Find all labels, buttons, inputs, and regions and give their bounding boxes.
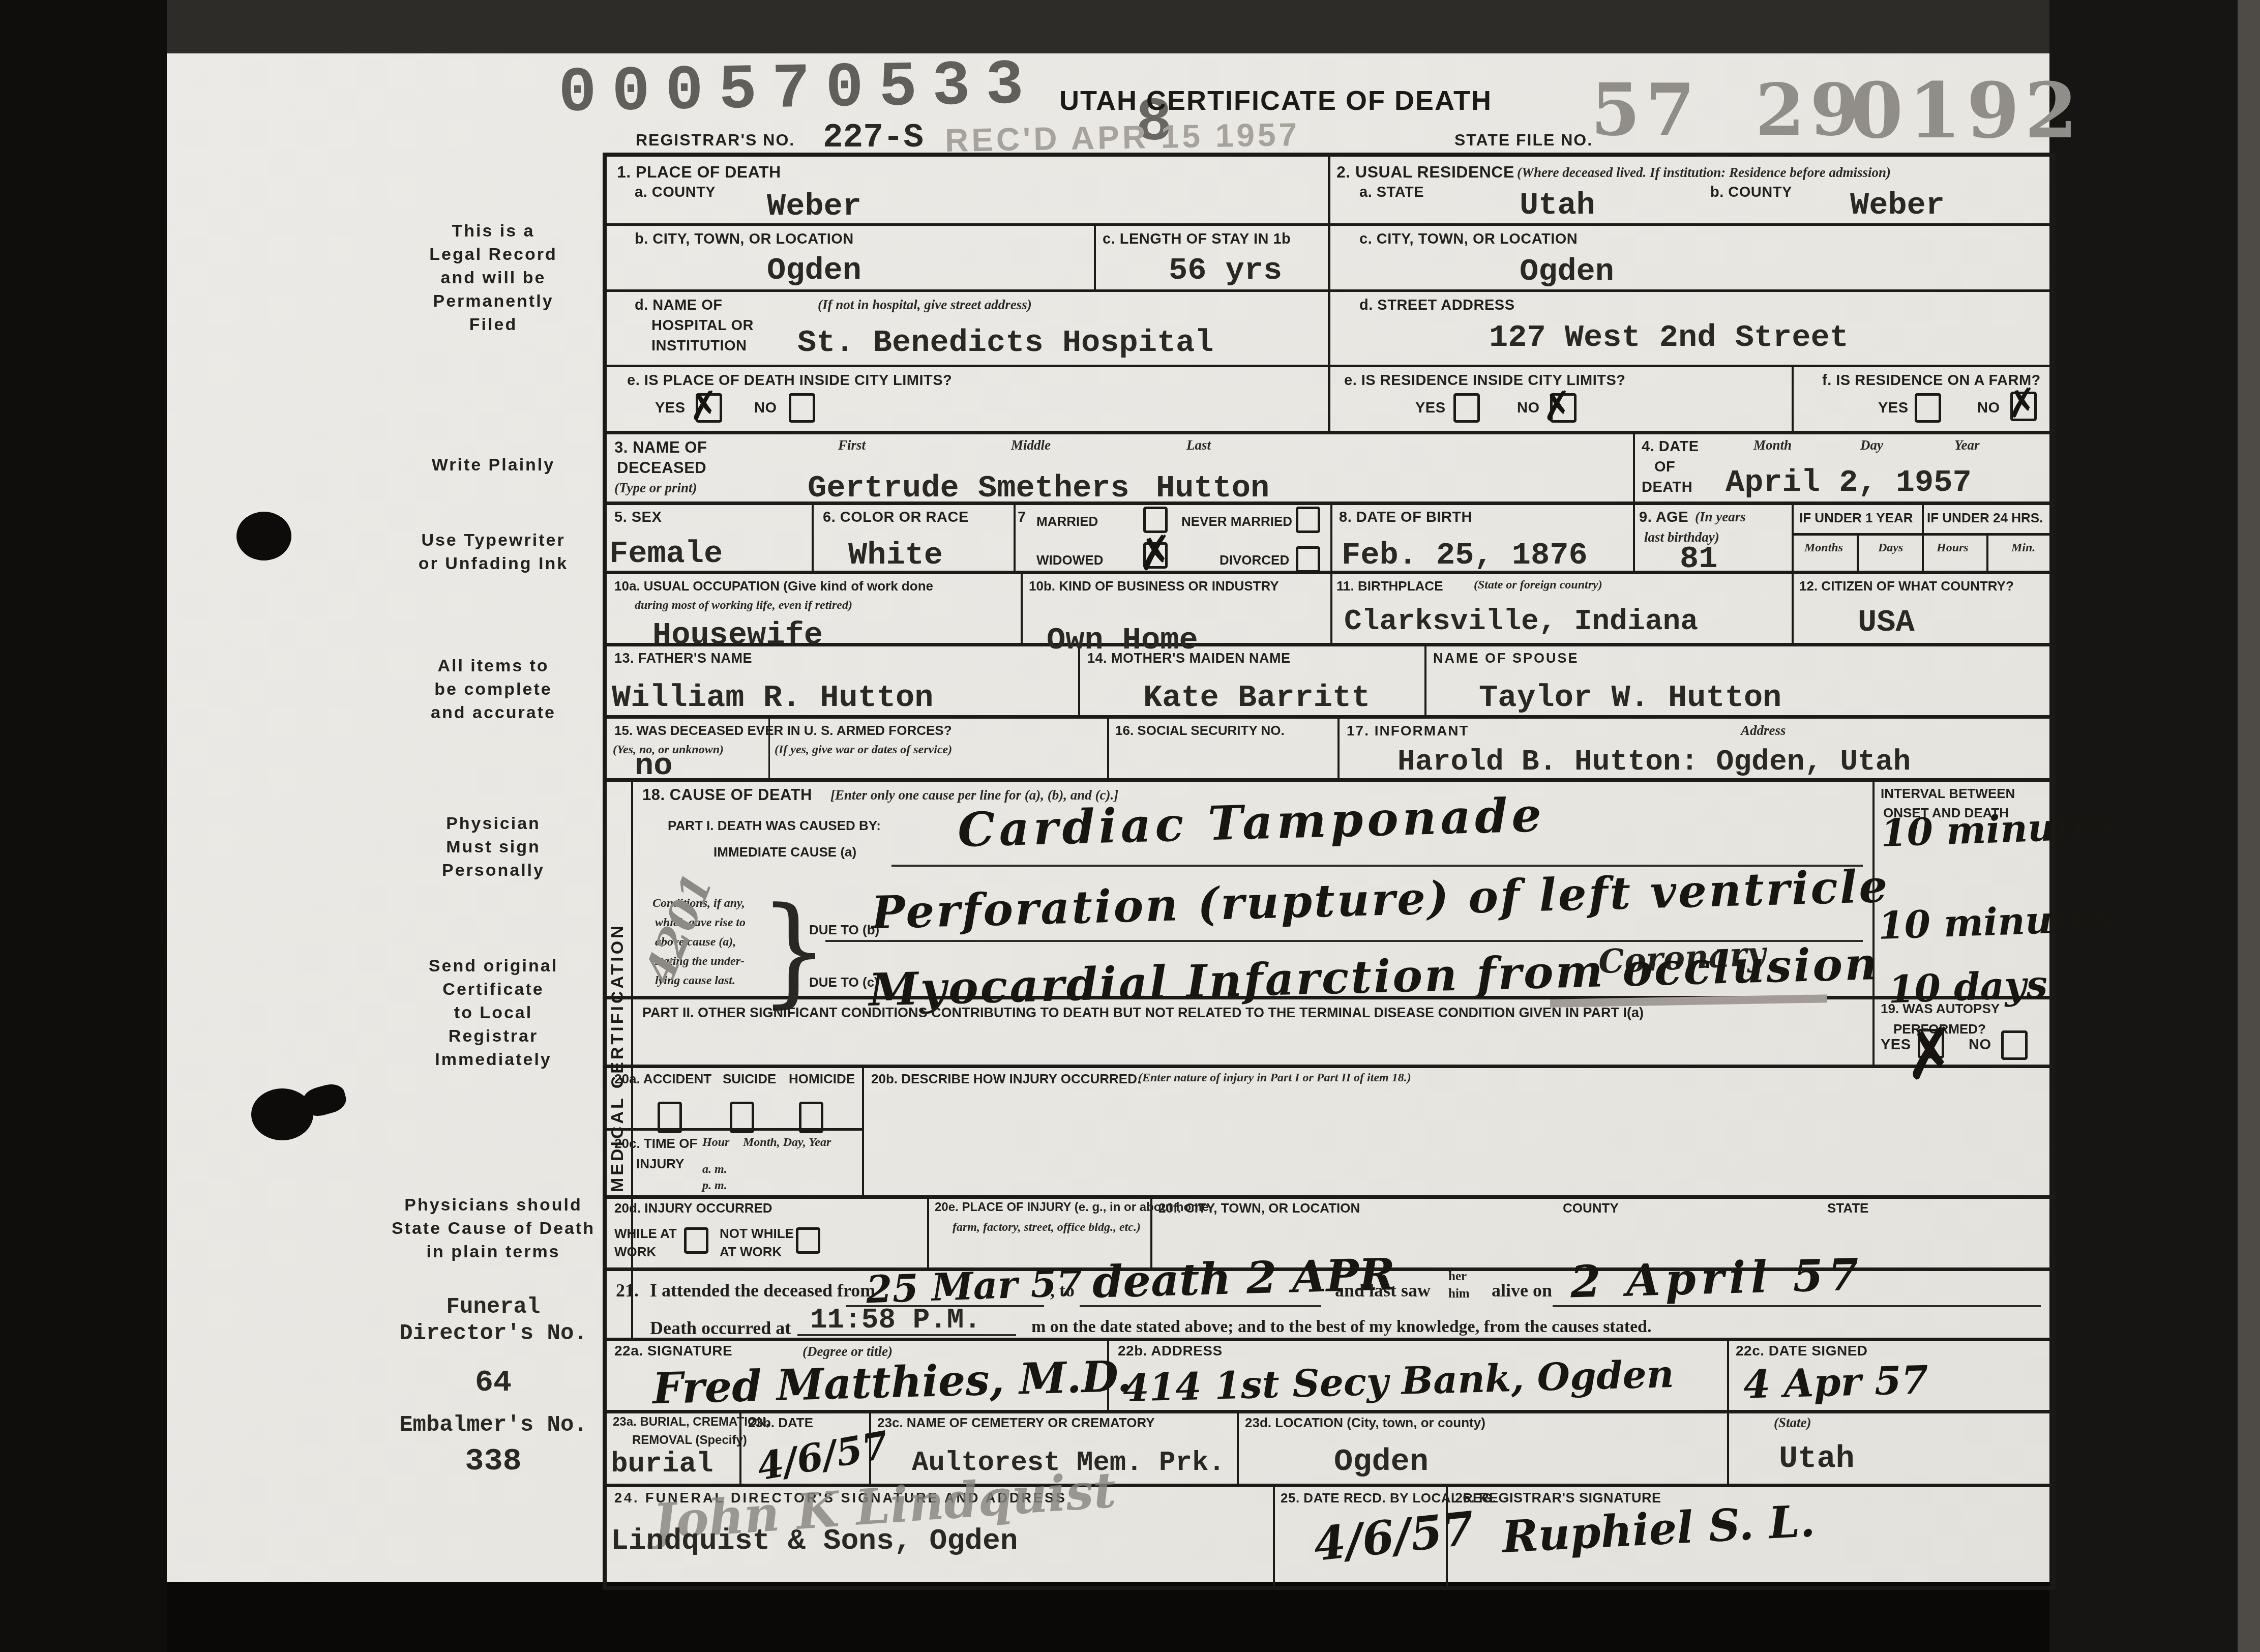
box18-brace: }	[759, 881, 829, 1019]
box3-first-header: First	[838, 437, 866, 453]
box21-text-1: I attended the deceased from	[650, 1280, 875, 1301]
box23b-label: 23b. DATE	[748, 1415, 813, 1431]
box20a-accident-checkbox	[658, 1102, 682, 1133]
box7-married-label: MARRIED	[1036, 514, 1098, 529]
box20a-homicide-checkbox	[799, 1102, 823, 1133]
box2-title-note: (Where deceased lived. If institution: R…	[1517, 165, 1891, 181]
spouse-value: Taylor W. Hutton	[1479, 680, 1781, 716]
box22c-label: 22c. DATE SIGNED	[1736, 1343, 1868, 1359]
box10a-label-2: during most of working life, even if ret…	[635, 599, 852, 612]
box20b-note: (Enter nature of injury in Part I or Par…	[1138, 1071, 1411, 1085]
box5-label: 5. SEX	[614, 509, 662, 526]
box9-label: 9. AGE	[1639, 509, 1688, 526]
certificate-paper: 000570533 8 UTAH CERTIFICATE OF DEATH 57…	[167, 53, 2049, 1582]
file-number-stamp-right: 0192	[1850, 66, 2083, 156]
box2f-yes-label: YES	[1878, 400, 1909, 417]
box4-label-3: DEATH	[1642, 479, 1692, 496]
box20d-notwhile-label-2: AT WORK	[720, 1244, 782, 1260]
box1d-value: St. Benedicts Hospital	[797, 324, 1214, 361]
box21-text-3: and last saw	[1335, 1280, 1431, 1301]
scan-bottom-border	[167, 1582, 2049, 1652]
box21-text-4: alive on	[1492, 1280, 1552, 1301]
box20f-county-header: COUNTY	[1563, 1200, 1619, 1216]
box1d-label-3: INSTITUTION	[651, 338, 747, 355]
box22b-value: 414 1st Secy Bank, Ogden	[1122, 1352, 1674, 1410]
box3-label-2: DECEASED	[617, 459, 706, 477]
box18b-interval-value: 10 minutes	[1878, 896, 2116, 948]
box20a-suicide-label: SUICIDE	[723, 1071, 776, 1087]
registrar-no-label: REGISTRAR'S NO.	[636, 131, 795, 150]
box9-under24hr-label: IF UNDER 24 HRS.	[1927, 510, 2043, 526]
box1c-label: c. LENGTH OF STAY IN 1b	[1103, 231, 1291, 248]
box7-divorced-checkbox	[1296, 546, 1320, 573]
box15-note-2: (If yes, give war or dates of service)	[775, 743, 952, 757]
box25-value: 4/6/57	[1311, 1501, 1477, 1572]
box2b-label: b. COUNTY	[1710, 184, 1792, 201]
box23a-value: burial	[611, 1448, 713, 1480]
box8-value: Feb. 25, 1876	[1342, 537, 1588, 573]
box18-due-b-label: DUE TO (b)	[809, 922, 879, 938]
spouse-label: NAME OF SPOUSE	[1433, 651, 1579, 666]
box22b-label: 22b. ADDRESS	[1118, 1343, 1223, 1359]
box2e-label: e. IS RESIDENCE INSIDE CITY LIMITS?	[1344, 372, 1626, 389]
box20a-accident-label: 20a. ACCIDENT	[614, 1071, 711, 1087]
certificate-form: MEDICAL CERTIFICATION 1. PLACE OF DEATH …	[603, 153, 2056, 1590]
box20d-while-label-2: WORK	[614, 1244, 656, 1260]
box9-value: 81	[1680, 541, 1717, 577]
box9-months-header: Months	[1804, 541, 1843, 555]
box18b-handwritten-value: Perforation (rupture) of left ventricle	[871, 860, 1890, 939]
box1e-no-label: NO	[754, 400, 777, 417]
box13-label: 13. FATHER'S NAME	[614, 651, 752, 666]
box2-title: 2. USUAL RESIDENCE	[1336, 163, 1514, 182]
box21-time-value: 11:58 P.M.	[810, 1304, 981, 1336]
box3-first-value: Gertrude	[808, 470, 959, 506]
box23d-label: 23d. LOCATION (City, town, or county)	[1245, 1415, 1485, 1431]
box7-never-married-checkbox	[1296, 507, 1320, 533]
file-number-stamp-mid: 57 29	[1591, 69, 1864, 152]
box1a-label: a. COUNTY	[635, 184, 716, 201]
box20d-label: 20d. INJURY OCCURRED	[614, 1200, 772, 1216]
box2b-value: Weber	[1850, 187, 1945, 223]
box11-note: (State or foreign country)	[1474, 578, 1602, 592]
box4-value: April 2, 1957	[1726, 464, 1972, 500]
serial-number-stamp: 000570533	[558, 49, 1039, 130]
death-certificate-scan: 000570533 8 UTAH CERTIFICATE OF DEATH 57…	[0, 0, 2260, 1652]
box20a-homicide-label: HOMICIDE	[789, 1071, 855, 1087]
box9-days-header: Days	[1878, 541, 1903, 555]
box23-state-label: (State)	[1774, 1415, 1811, 1431]
box21-him: him	[1448, 1287, 1470, 1301]
box1e-yes-label: YES	[655, 400, 686, 417]
box21-number: 21.	[616, 1280, 639, 1301]
box11-label: 11. BIRTHPLACE	[1336, 578, 1443, 594]
box21-alive-line	[1553, 1305, 2041, 1307]
box23a-label-2: REMOVAL (Specify)	[632, 1433, 747, 1448]
box23c-label: 23c. NAME OF CEMETERY OR CREMATORY	[877, 1415, 1155, 1431]
box18-interval-header-2: ONSET AND DEATH	[1883, 805, 2009, 821]
box20c-pm-label: p. m.	[702, 1179, 727, 1193]
scan-left-border	[0, 0, 167, 1652]
box6-value: White	[848, 537, 943, 573]
box3-middle-value: Smethers	[978, 470, 1129, 506]
box19-no-checkbox	[2001, 1030, 2028, 1060]
box20d-while-checkbox	[684, 1227, 708, 1254]
box2a-label: a. STATE	[1359, 184, 1424, 201]
box4-label-2: OF	[1654, 459, 1675, 476]
box20d-notwhile-checkbox	[796, 1227, 820, 1254]
box1d-label-2: HOSPITAL OR	[651, 317, 754, 334]
box9-hours-header: Hours	[1937, 541, 1969, 555]
box7-widowed-x-mark: ✗	[1133, 524, 1177, 581]
box2f-no-x-mark: ✗	[2003, 379, 2040, 427]
box15-value: no	[635, 748, 672, 784]
box1a-value: Weber	[767, 188, 861, 224]
box9-min-header: Min.	[2011, 541, 2035, 555]
box1e-yes-x-mark: ✗	[685, 382, 722, 430]
certificate-title: UTAH CERTIFICATE OF DEATH	[1059, 85, 1492, 116]
registrar-no-value: 227-S	[823, 119, 924, 157]
box1b-label: b. CITY, TOWN, OR LOCATION	[635, 231, 854, 248]
box13-value: William R. Hutton	[612, 680, 934, 716]
box21-her: her	[1448, 1270, 1467, 1284]
box1e-no-checkbox	[789, 393, 815, 423]
box21-time-line	[797, 1334, 1016, 1336]
box20a-suicide-checkbox	[730, 1102, 754, 1133]
box23-state-value: Utah	[1779, 1440, 1855, 1477]
box3-middle-header: Middle	[1011, 437, 1051, 453]
box11-value: Clarksville, Indiana	[1344, 605, 1698, 638]
box20c-label-2: INJURY	[636, 1156, 684, 1172]
box21-text-2: , to	[1050, 1280, 1075, 1301]
box4-month-header: Month	[1753, 437, 1792, 453]
box3-last-value: Hutton	[1156, 470, 1269, 506]
box2f-no-label: NO	[1977, 400, 2000, 417]
box21-alive-value: 2 April 57	[1570, 1249, 1864, 1308]
box1-title: 1. PLACE OF DEATH	[617, 163, 781, 182]
box17-value: Harold B. Hutton: Ogden, Utah	[1397, 746, 1911, 779]
box22c-value: 4 Apr 57	[1743, 1357, 1929, 1407]
box4-day-header: Day	[1860, 437, 1883, 453]
box23a-label-1: 23a. BURIAL, CREMATION,	[613, 1415, 769, 1429]
box1b-value: Ogden	[767, 252, 861, 288]
box20c-label-1: 20c. TIME OF	[614, 1136, 697, 1152]
box4-year-header: Year	[1954, 437, 1980, 453]
box20c-hour-header: Hour	[702, 1136, 729, 1149]
box7-divorced-label: DIVORCED	[1220, 552, 1289, 568]
box14-label: 14. MOTHER'S MAIDEN NAME	[1087, 651, 1290, 666]
box18-label: 18. CAUSE OF DEATH	[642, 786, 812, 804]
box2a-value: Utah	[1520, 187, 1595, 223]
box19-yes-x-mark: ✗	[1897, 1012, 1963, 1096]
box20c-am-label: a. m.	[702, 1163, 727, 1176]
box2c-label: c. CITY, TOWN, OR LOCATION	[1359, 231, 1578, 248]
box21-to-line	[1080, 1305, 1321, 1307]
box20f-label: 20f. CITY, TOWN, OR LOCATION	[1158, 1200, 1360, 1216]
box2c-value: Ogden	[1520, 253, 1614, 289]
box20c-mdy-header: Month, Day, Year	[743, 1136, 831, 1149]
box19-no-label: NO	[1969, 1037, 1991, 1053]
box23d-value: Ogden	[1334, 1443, 1429, 1480]
box10b-label: 10b. KIND OF BUSINESS OR INDUSTRY	[1029, 578, 1279, 594]
box12-value: USA	[1858, 604, 1915, 640]
box20e-label-2: farm, factory, street, office bldg., etc…	[953, 1221, 1141, 1234]
box15-label: 15. WAS DECEASED EVER IN U. S. ARMED FOR…	[614, 723, 952, 739]
box9-note-1: (In years	[1695, 509, 1746, 525]
box16-label: 16. SOCIAL SECURITY NO.	[1115, 723, 1285, 739]
box10a-label-1: 10a. USUAL OCCUPATION (Give kind of work…	[614, 578, 933, 594]
box1d-label-1: d. NAME OF	[635, 297, 723, 314]
box7-never-married-label: NEVER MARRIED	[1181, 514, 1292, 529]
box3-label-3: (Type or print)	[614, 480, 697, 496]
box2e-yes-checkbox	[1453, 393, 1480, 423]
box2e-no-label: NO	[1517, 400, 1540, 417]
state-file-no-label: STATE FILE NO.	[1454, 131, 1593, 150]
box8-label: 8. DATE OF BIRTH	[1339, 509, 1472, 526]
box12-label: 12. CITIZEN OF WHAT COUNTRY?	[1799, 578, 2014, 594]
box2d-label: d. STREET ADDRESS	[1359, 297, 1515, 314]
box18-interval-header-1: INTERVAL BETWEEN	[1881, 786, 2015, 802]
scan-edge-sliver	[2238, 0, 2260, 1652]
box22a-label: 22a. SIGNATURE	[614, 1343, 732, 1359]
box6-label: 6. COLOR OR RACE	[823, 509, 969, 526]
box24-value: Lindquist & Sons, Ogden	[611, 1525, 1018, 1558]
box10a-value: Housewife	[652, 617, 823, 653]
box1d-note: (If not in hospital, give street address…	[818, 297, 1032, 313]
box17-label: 17. INFORMANT	[1347, 723, 1469, 739]
box7-number: 7	[1018, 509, 1026, 526]
scan-top-border	[167, 0, 2057, 53]
box22a-signature: Fred Matthies, M.D.	[652, 1351, 1133, 1414]
part2-label: PART II. OTHER SIGNIFICANT CONDITIONS CO…	[642, 1005, 1644, 1021]
box20d-notwhile-label-1: NOT WHILE	[720, 1226, 794, 1242]
box14-value: Kate Barritt	[1143, 680, 1370, 716]
box2f-yes-checkbox	[1915, 393, 1941, 423]
box20d-while-label-1: WHILE AT	[614, 1226, 677, 1242]
box2e-yes-label: YES	[1415, 400, 1446, 417]
box20f-state-header: STATE	[1827, 1200, 1868, 1216]
box20b-label: 20b. DESCRIBE HOW INJURY OCCURRED.	[871, 1071, 1141, 1087]
box5-value: Female	[609, 536, 723, 572]
box4-label-1: 4. DATE	[1642, 438, 1699, 455]
punch-hole-top	[236, 512, 291, 560]
box3-last-header: Last	[1186, 437, 1211, 453]
box1e-label: e. IS PLACE OF DEATH INSIDE CITY LIMITS?	[627, 372, 952, 389]
box7-widowed-label: WIDOWED	[1036, 552, 1103, 568]
box2e-no-x-mark: ✗	[1538, 382, 1575, 430]
box1c-value: 56 yrs	[1169, 252, 1282, 288]
box17-address-header: Address	[1741, 723, 1786, 739]
box21-text-6: m on the date stated above; and to the b…	[1031, 1317, 1652, 1337]
box21-text-5: Death occurred at	[650, 1317, 791, 1339]
box26-label: 26. REGISTRAR'S SIGNATURE	[1455, 1490, 1661, 1506]
box18-part1-label: PART I. DEATH WAS CAUSED BY:	[668, 818, 881, 834]
box3-label-1: 3. NAME OF	[614, 438, 707, 457]
box9-under1yr-label: IF UNDER 1 YEAR	[1799, 510, 1913, 526]
box2d-value: 127 West 2nd Street	[1489, 319, 1849, 356]
box18-immediate-label: IMMEDIATE CAUSE (a)	[713, 844, 856, 860]
